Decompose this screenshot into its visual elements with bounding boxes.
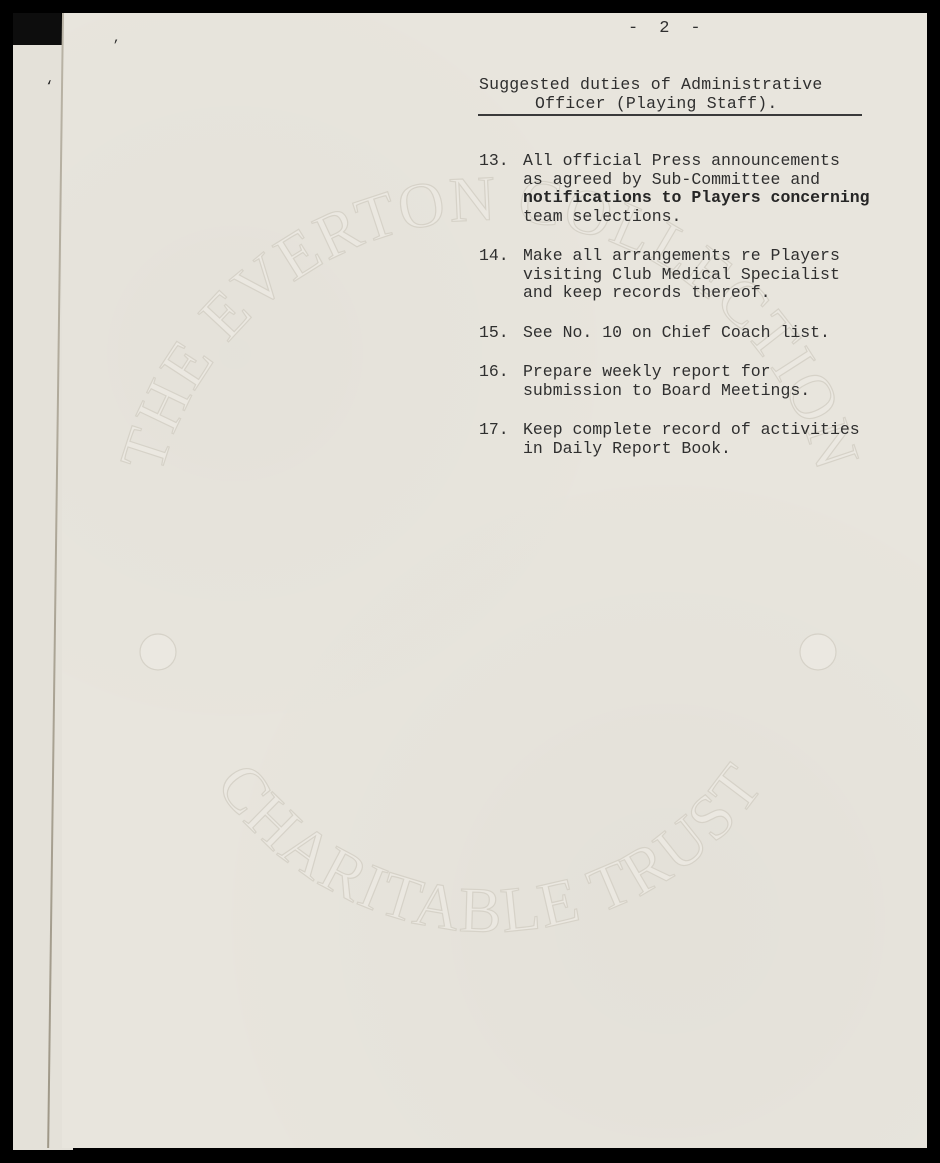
list-item-13: 13.All official Press announcements as a… [479,152,870,226]
item-line: notifications to Players concerning [523,188,870,207]
item-text: All official Press announcements as agre… [523,152,870,226]
item-line: submission to Board Meetings. [523,381,810,400]
item-number: 14. [479,247,523,266]
item-line: All official Press announcements [523,151,840,170]
item-line: in Daily Report Book. [523,439,731,458]
item-line: Make all arrangements re Players [523,246,840,265]
item-line: and keep records thereof. [523,283,771,302]
item-text: Prepare weekly report for submission to … [523,363,810,400]
item-number: 17. [479,421,523,440]
item-number: 13. [479,152,523,171]
heading-line-2: Officer (Playing Staff). [535,95,777,114]
scan-shadow [13,13,61,45]
item-line: team selections. [523,207,681,226]
item-line: Keep complete record of activities [523,420,860,439]
item-line: Prepare weekly report for [523,362,771,381]
stray-mark: ‘ [45,80,53,94]
item-number: 15. [479,324,523,343]
item-line: visiting Club Medical Specialist [523,265,840,284]
list-item-14: 14.Make all arrangements re Players visi… [479,247,840,303]
item-line: as agreed by Sub-Committee and [523,170,820,189]
list-item-16: 16.Prepare weekly report for submission … [479,363,810,400]
stray-mark: ’ [112,38,120,53]
item-text: Keep complete record of activities in Da… [523,421,860,458]
item-number: 16. [479,363,523,382]
page-number: - 2 - [628,20,701,39]
item-text: See No. 10 on Chief Coach list. [523,324,830,343]
list-item-15: 15.See No. 10 on Chief Coach list. [479,324,830,343]
item-text: Make all arrangements re Players visitin… [523,247,840,303]
list-item-17: 17.Keep complete record of activities in… [479,421,860,458]
heading-line-1: Suggested duties of Administrative [479,76,822,95]
item-line: See No. 10 on Chief Coach list. [523,323,830,342]
heading-underline [478,114,862,116]
